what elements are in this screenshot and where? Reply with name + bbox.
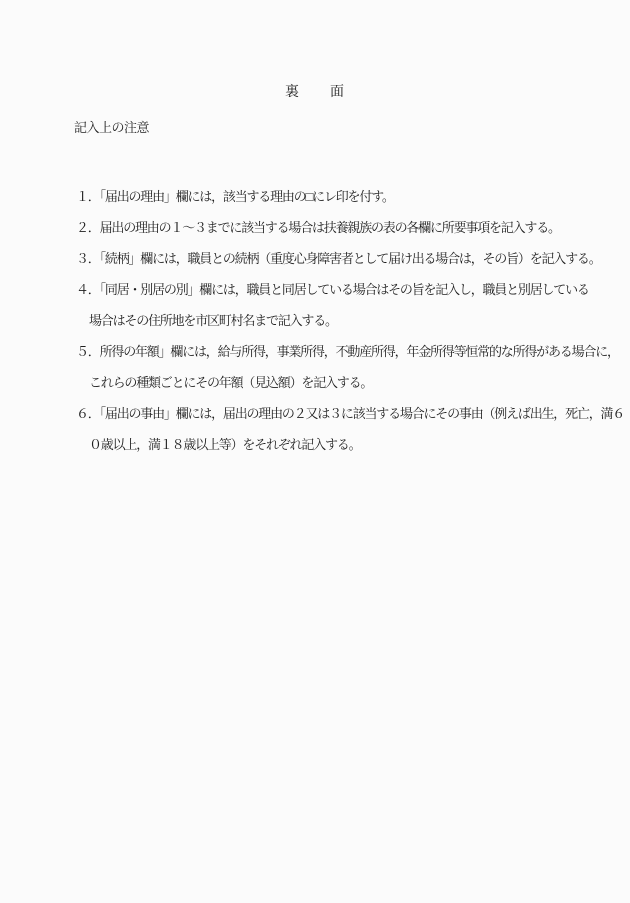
note-line-5-continuation: これらの種類ごとにその年額（見込額）を記入する。 <box>76 367 596 398</box>
section-heading: 記入上の注意 <box>74 119 149 137</box>
notes-list: １．「届出の理由」欄には，該当する理由の□にレ印を付す。 ２．届出の理由の１～３… <box>76 181 596 460</box>
note-line-4: ４．「同居・別居の別」欄には，職員と同居している場合はその旨を記入し，職員と別居… <box>76 274 596 305</box>
note-line-5: ５．所得の年額」欄には，給与所得，事業所得，不動産所得，年金所得等恒常的な所得が… <box>76 336 596 367</box>
note-line-1: １．「届出の理由」欄には，該当する理由の□にレ印を付す。 <box>76 181 596 212</box>
note-line-6-continuation: ０歳以上，満１８歳以上等）をそれぞれ記入する。 <box>76 429 596 460</box>
document-back-page: 裏 面 記入上の注意 １．「届出の理由」欄には，該当する理由の□にレ印を付す。 … <box>0 0 630 903</box>
note-line-3: ３．「続柄」欄には，職員との続柄（重度心身障害者として届け出る場合は，その旨）を… <box>76 243 596 274</box>
note-line-4-continuation: 場合はその住所地を市区町村名まで記入する。 <box>76 305 596 336</box>
note-line-2: ２．届出の理由の１～３までに該当する場合は扶養親族の表の各欄に所要事項を記入する… <box>76 212 596 243</box>
page-title: 裏 面 <box>0 84 630 102</box>
note-line-6: ６．「届出の事由」欄には，届出の理由の２又は３に該当する場合にその事由（例えば出… <box>76 398 596 429</box>
